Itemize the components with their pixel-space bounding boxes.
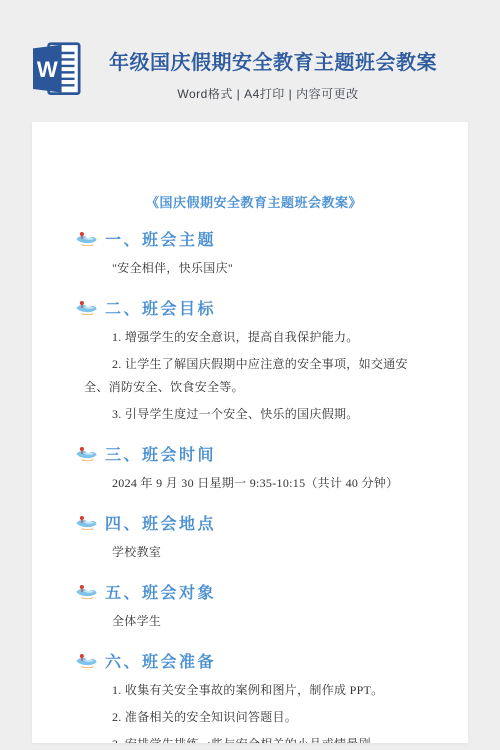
document-paragraph: 2. 让学生了解国庆假期中应注意的安全事项，如交通安全、消防安全、饮食安全等。 xyxy=(84,353,424,399)
document-paragraph: 全体学生 xyxy=(84,610,424,633)
page-title: 年级国庆假期安全教育主题班会教案 xyxy=(109,46,437,75)
document-sections: 一、班会主题 "安全相伴，快乐国庆" 二、班会目标 1. 增强学生的安全意识，提… xyxy=(84,227,424,743)
section-heading-text: 四、班会地点 xyxy=(105,511,216,534)
section-heading-text: 五、班会对象 xyxy=(105,580,216,603)
document-paragraph: 1. 增强学生的安全意识，提高自我保护能力。 xyxy=(84,326,424,349)
section-decoration-icon xyxy=(75,300,98,316)
document-section: 二、班会目标 1. 增强学生的安全意识，提高自我保护能力。2. 让学生了解国庆假… xyxy=(84,296,424,426)
document-paragraph: 学校教室 xyxy=(84,541,424,564)
document-paragraph: 3. 安排学生排练一些与安全相关的小品或情景剧。 xyxy=(84,733,424,743)
section-heading: 四、班会地点 xyxy=(75,511,424,534)
document-page: 《国庆假期安全教育主题班会教案》 一、班会主题 "安全相伴，快乐国庆" xyxy=(32,122,468,743)
section-heading: 二、班会目标 xyxy=(75,296,424,319)
document-paragraph: "安全相伴，快乐国庆" xyxy=(84,257,424,280)
section-heading-text: 一、班会主题 xyxy=(105,227,216,250)
document-section: 三、班会时间 2024 年 9 月 30 日星期一 9:35-10:15（共计 … xyxy=(84,442,424,495)
section-decoration-icon xyxy=(75,584,98,600)
section-heading-text: 六、班会准备 xyxy=(105,649,216,672)
document-paragraph: 1. 收集有关安全事故的案例和图片，制作成 PPT。 xyxy=(84,679,424,702)
document-section: 一、班会主题 "安全相伴，快乐国庆" xyxy=(84,227,424,280)
document-section: 六、班会准备 1. 收集有关安全事故的案例和图片，制作成 PPT。2. 准备相关… xyxy=(84,649,424,743)
header: W 年级国庆假期安全教育主题班会教案 Word格式 | A4打印 | 内容可更改 xyxy=(0,0,500,112)
document-section: 四、班会地点 学校教室 xyxy=(84,511,424,564)
section-heading: 六、班会准备 xyxy=(75,649,424,672)
section-heading: 三、班会时间 xyxy=(75,442,424,465)
section-decoration-icon xyxy=(75,446,98,462)
document-paragraph: 2. 准备相关的安全知识问答题目。 xyxy=(84,706,424,729)
section-decoration-icon xyxy=(75,231,98,247)
section-decoration-icon xyxy=(75,515,98,531)
section-heading-text: 三、班会时间 xyxy=(105,442,216,465)
word-logo-letter: W xyxy=(37,57,58,82)
document-title: 《国庆假期安全教育主题班会教案》 xyxy=(84,192,424,211)
section-heading-text: 二、班会目标 xyxy=(105,296,216,319)
header-subtitle: Word格式 | A4打印 | 内容可更改 xyxy=(36,85,500,102)
document-paragraph: 2024 年 9 月 30 日星期一 9:35-10:15（共计 40 分钟） xyxy=(84,472,424,495)
section-decoration-icon xyxy=(75,653,98,669)
section-heading: 一、班会主题 xyxy=(75,227,424,250)
section-heading: 五、班会对象 xyxy=(75,580,424,603)
document-paragraph: 3. 引导学生度过一个安全、快乐的国庆假期。 xyxy=(84,403,424,426)
document-section: 五、班会对象 全体学生 xyxy=(84,580,424,633)
